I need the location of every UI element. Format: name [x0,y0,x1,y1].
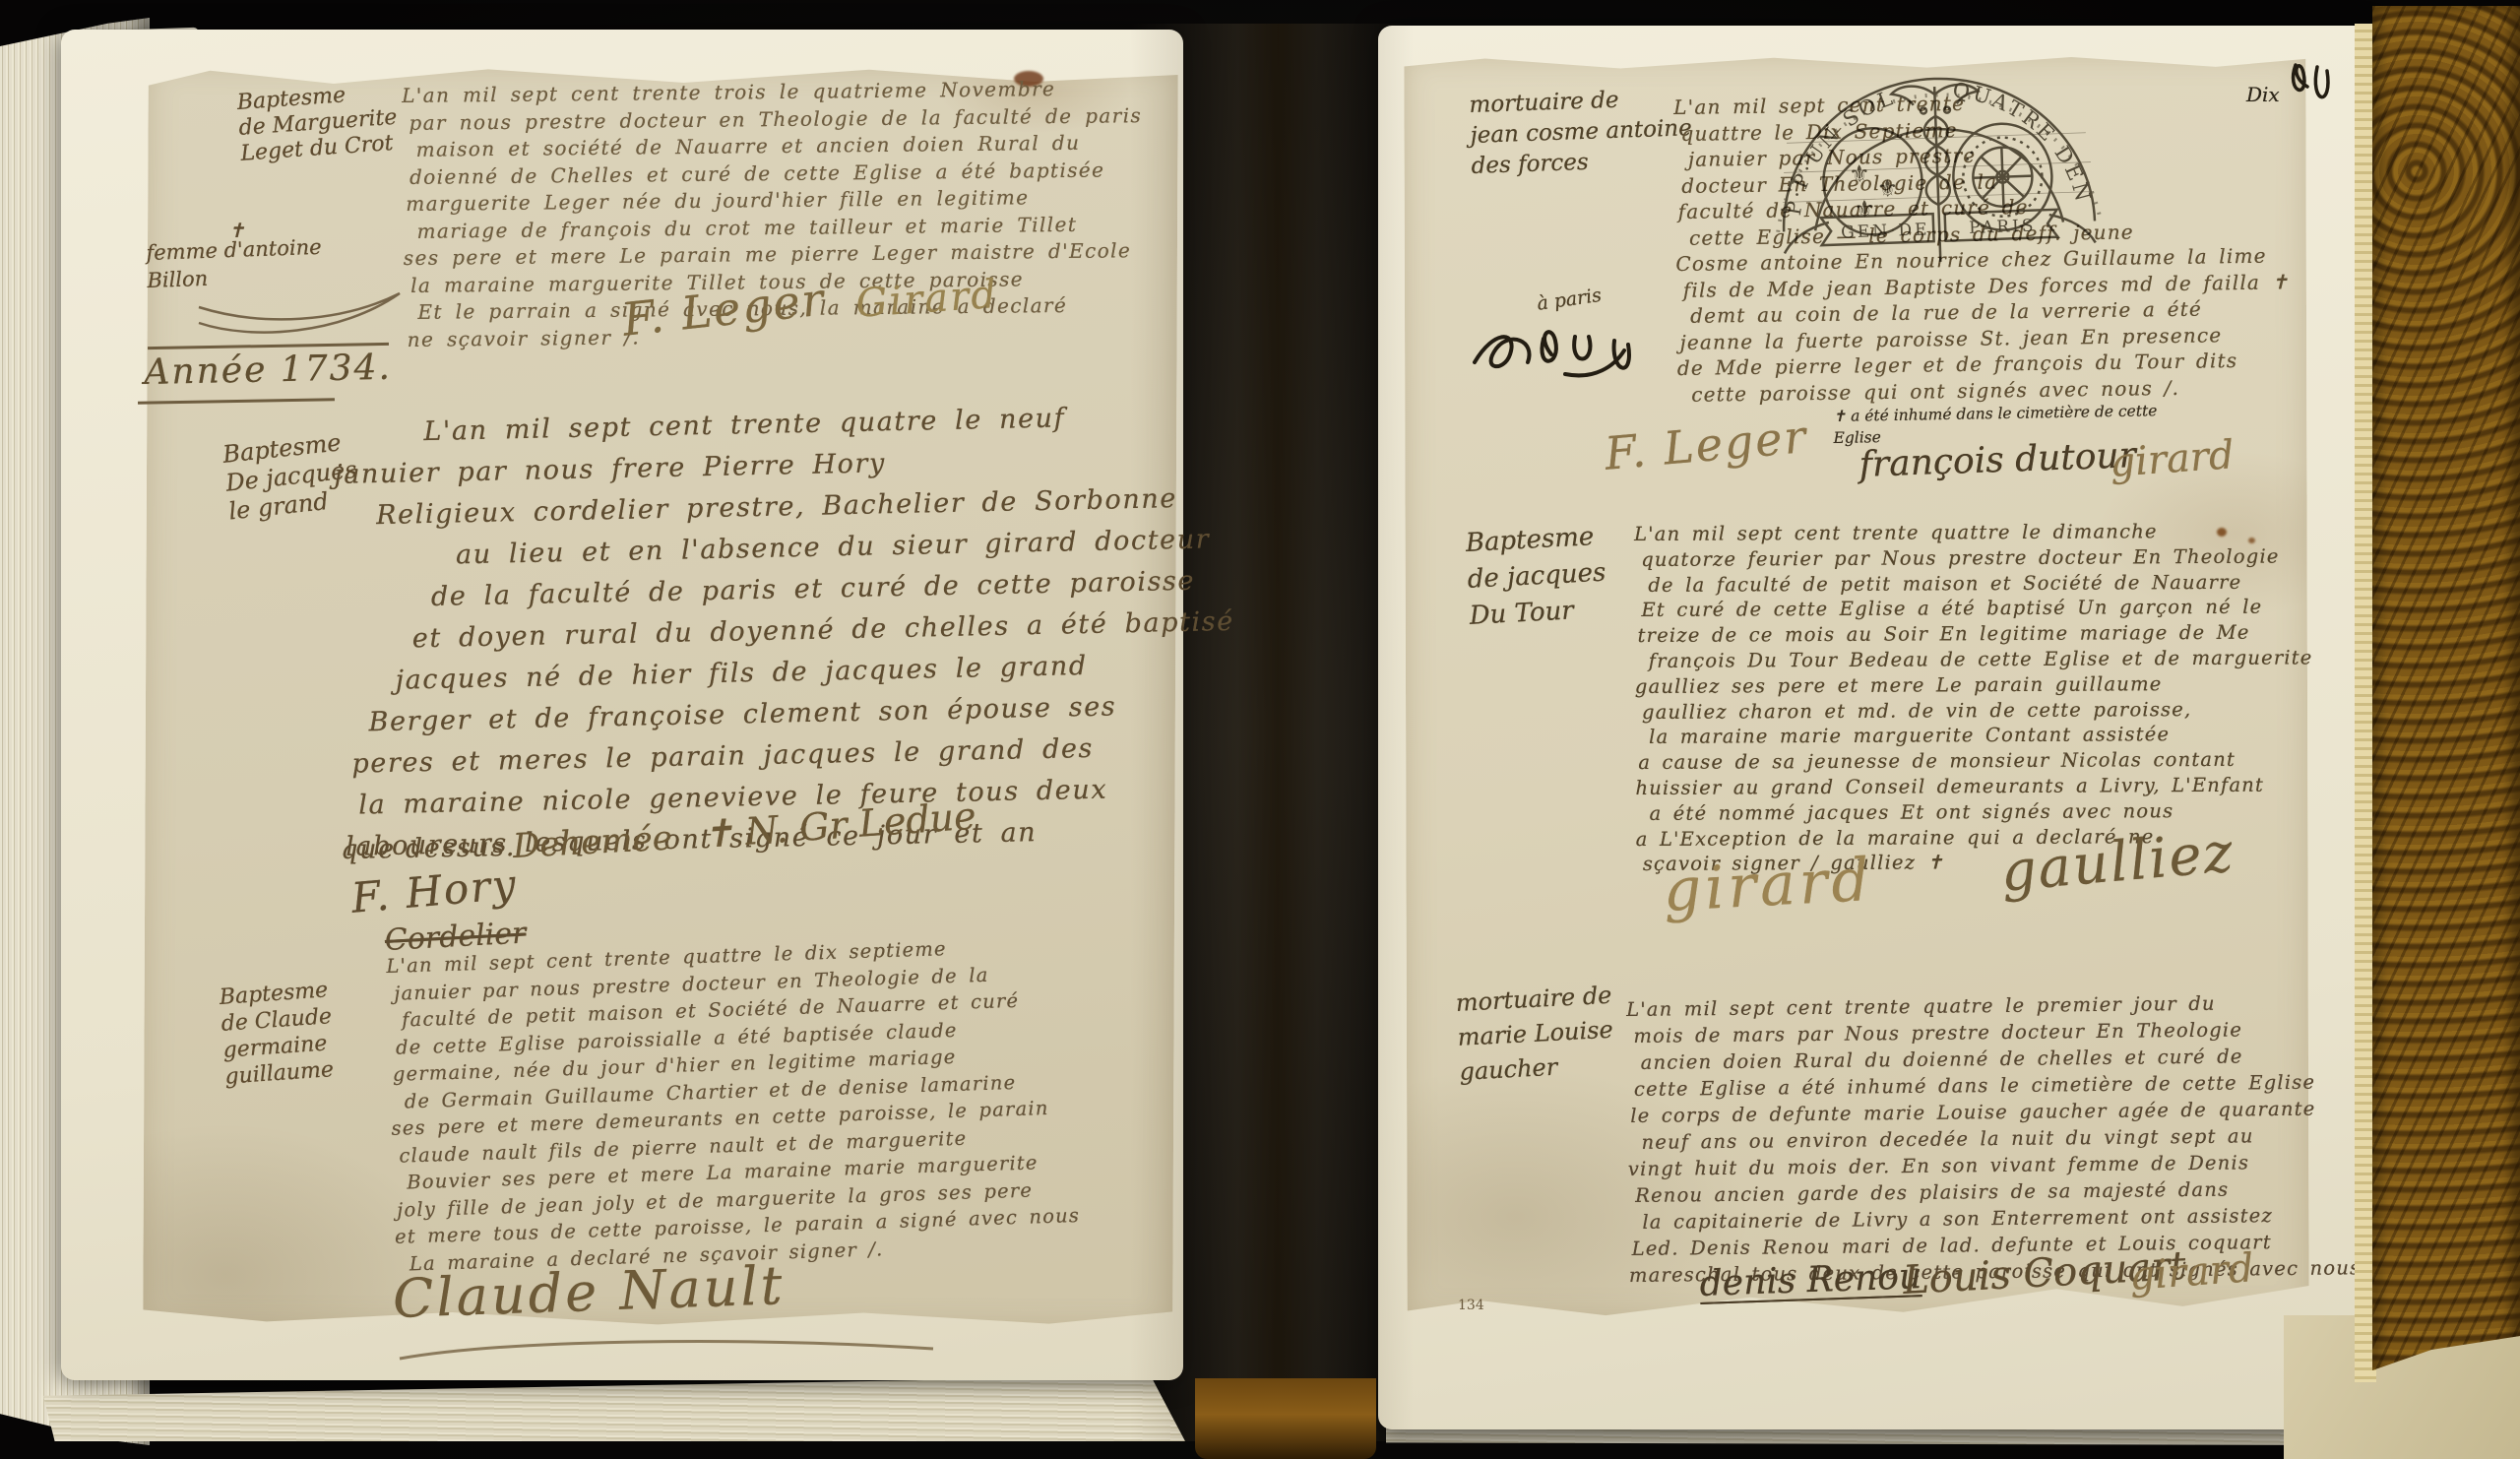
ink-paraph [2284,57,2353,136]
entry-margin-title: Baptesmede MargueriteLeget du Crot [236,80,400,167]
pen-flourish [193,284,419,343]
fleur-de-lis-icon: ⚜ [1849,159,1870,188]
laurel-sprig [2049,213,2096,244]
curate-signature-large: girard [1662,846,1875,925]
curate-signature: girard [2128,1245,2255,1300]
manuscript-line: la maraine marie marguerite Contant assi… [1649,722,2313,750]
manuscript-line: Du Tour [1469,592,1608,635]
curate-signature: girard [2109,432,2236,486]
spine-bottom [1195,1378,1376,1459]
entry-margin-title: Baptesmede jacquesDu Tour [1465,519,1608,635]
generalite-de-paris-tax-stamp: P·P·UN SOL QUATRE DEN GEN·DE PARIS ⚜ ⚜ ⚜ [1765,63,2110,272]
manuscript-line: a cause de sa jeunesse de monsieur Nicol… [1638,747,2313,776]
manuscript-line: françois Du Tour Bedeau de cette Eglise … [1649,645,2313,673]
manuscript-line: de jacques [1467,555,1606,599]
year-heading: Année 1734. [144,348,392,393]
widower-signature: denis Renou [1699,1256,1922,1304]
mortuary-record-body: L'an mil sept cent trente quatre le prem… [1626,988,2361,1289]
manuscript-line: Et curé de cette Eglise a été baptisé Un… [1641,595,2312,623]
manuscript-line: gaulliez charon et md. de vin de cette p… [1642,696,2313,725]
fleur-de-lis-icon: ⚜ [1854,195,1875,223]
page-number: 134 [1458,1298,1484,1313]
bottom-page-edges-left [43,1376,1185,1441]
manuscript-line: quatorze feurier par Nous prestre docteu… [1641,543,2312,572]
manuscript-line: treize de ce mois au Soir En legitime ma… [1638,620,2313,649]
record-closing: que dessus. [341,832,516,865]
manuscript-line: gaulliez ses pere et mere Le parain guil… [1635,670,2313,699]
entry-margin-title: mortuaire demarie Louisegaucher [1455,979,1616,1090]
signature-swash [394,1331,945,1370]
stamp-ribbon-text-right: PARIS [1969,217,2037,238]
ink-paraph [1467,311,1678,400]
marbled-endpaper [2372,6,2520,1384]
baptism-record-body: L'an mil sept cent trente quatre le neuf… [333,395,1239,868]
dark-ink-note: Dix [2246,83,2280,106]
baptism-record-body: L'an mil sept cent trente quattre le dix… [386,931,1081,1278]
witness-signature: Dehemée [512,819,673,866]
fleur-de-lis-icon: ⚜ [1876,174,1898,203]
open-register-photograph: Baptesmede MargueriteLeget du Crot ✝ fem… [0,0,2520,1459]
manuscript-line: de la faculté de petit maison et Société… [1648,569,2312,598]
laurel-sprig [1784,222,1830,254]
manuscript-line: huissier au grand Conseil demeurants a L… [1635,772,2313,800]
manuscript-line: L'an mil sept cent trente quattre le dim… [1634,518,2312,546]
entry-margin-title: Baptesmede Claudegermaineguillaume [219,977,337,1091]
entry-margin-title: mortuaire dejean cosme antoinedes forces [1469,83,1693,182]
